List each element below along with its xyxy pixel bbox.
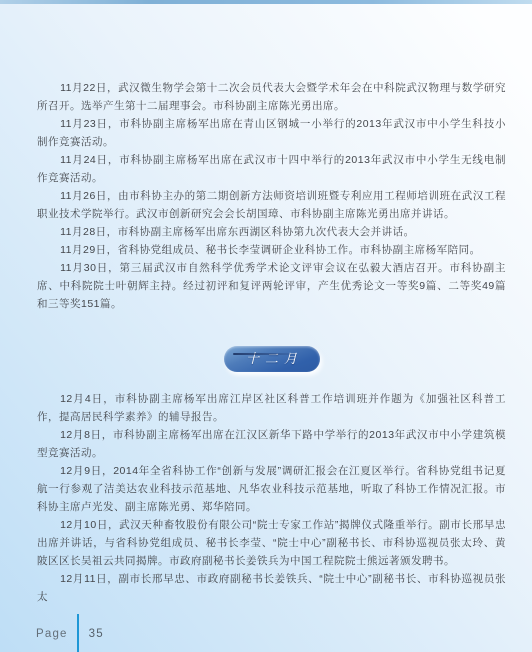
event-paragraph: 12月4日，市科协副主席杨军出席江岸区社区科普工作培训班并作题为《加强社区科普工… — [37, 390, 506, 426]
event-paragraph: 11月24日，市科协副主席杨军出席在武汉市十四中举行的2013年武汉市中小学生无… — [37, 151, 506, 187]
badge-streak-decoration — [233, 353, 291, 355]
event-paragraph: 11月29日，省科协党组成员、秘书长李莹调研企业科协工作。市科协副主席杨军陪同。 — [37, 241, 506, 259]
footer-page-label: Page — [36, 628, 68, 640]
event-paragraph: 11月28日，市科协副主席杨军出席东西湖区科协第九次代表大会并讲话。 — [37, 223, 506, 241]
top-border-bar — [0, 0, 532, 4]
footer-divider-line — [77, 614, 79, 652]
event-paragraph: 12月11日，副市长邢早忠、市政府副秘书长姜铁兵、“院士中心”副秘书长、市科协巡… — [37, 570, 506, 606]
event-paragraph: 12月10日，武汉天种畜牧股份有限公司“院士专家工作站”揭牌仪式隆重举行。副市长… — [37, 516, 506, 570]
event-paragraph: 11月22日，武汉微生物学会第十二次会员代表大会暨学术年会在中科院武汉物理与数学… — [37, 79, 506, 115]
month-badge-december: 十二月 — [224, 346, 320, 372]
page-content: 11月22日，武汉微生物学会第十二次会员代表大会暨学术年会在中科院武汉物理与数学… — [37, 79, 506, 606]
event-paragraph: 12月8日，市科协副主席杨军出席在江汉区新华下路中学举行的2013年武汉市中小学… — [37, 426, 506, 462]
section-december-events: 12月4日，市科协副主席杨军出席江岸区社区科普工作培训班并作题为《加强社区科普工… — [37, 390, 506, 606]
footer-page-number: 35 — [89, 628, 104, 640]
event-paragraph: 12月9日，2014年全省科协工作“创新与发展”调研汇报会在江夏区举行。省科协党… — [37, 462, 506, 516]
event-paragraph: 11月30日，第三届武汉市自然科学优秀学术论文评审会议在弘毅大酒店召开。市科协副… — [37, 259, 506, 313]
event-paragraph: 11月23日，市科协副主席杨军出席在青山区钢城一小举行的2013年武汉市中小学生… — [37, 115, 506, 151]
document-page: 11月22日，武汉微生物学会第十二次会员代表大会暨学术年会在中科院武汉物理与数学… — [0, 0, 532, 652]
page-footer: Page 35 — [36, 614, 104, 652]
month-badge-label: 十二月 — [240, 346, 303, 372]
event-paragraph: 11月26日，由市科协主办的第二期创新方法师资培训班暨专利应用工程师培训班在武汉… — [37, 187, 506, 223]
section-november-events: 11月22日，武汉微生物学会第十二次会员代表大会暨学术年会在中科院武汉物理与数学… — [37, 79, 506, 313]
